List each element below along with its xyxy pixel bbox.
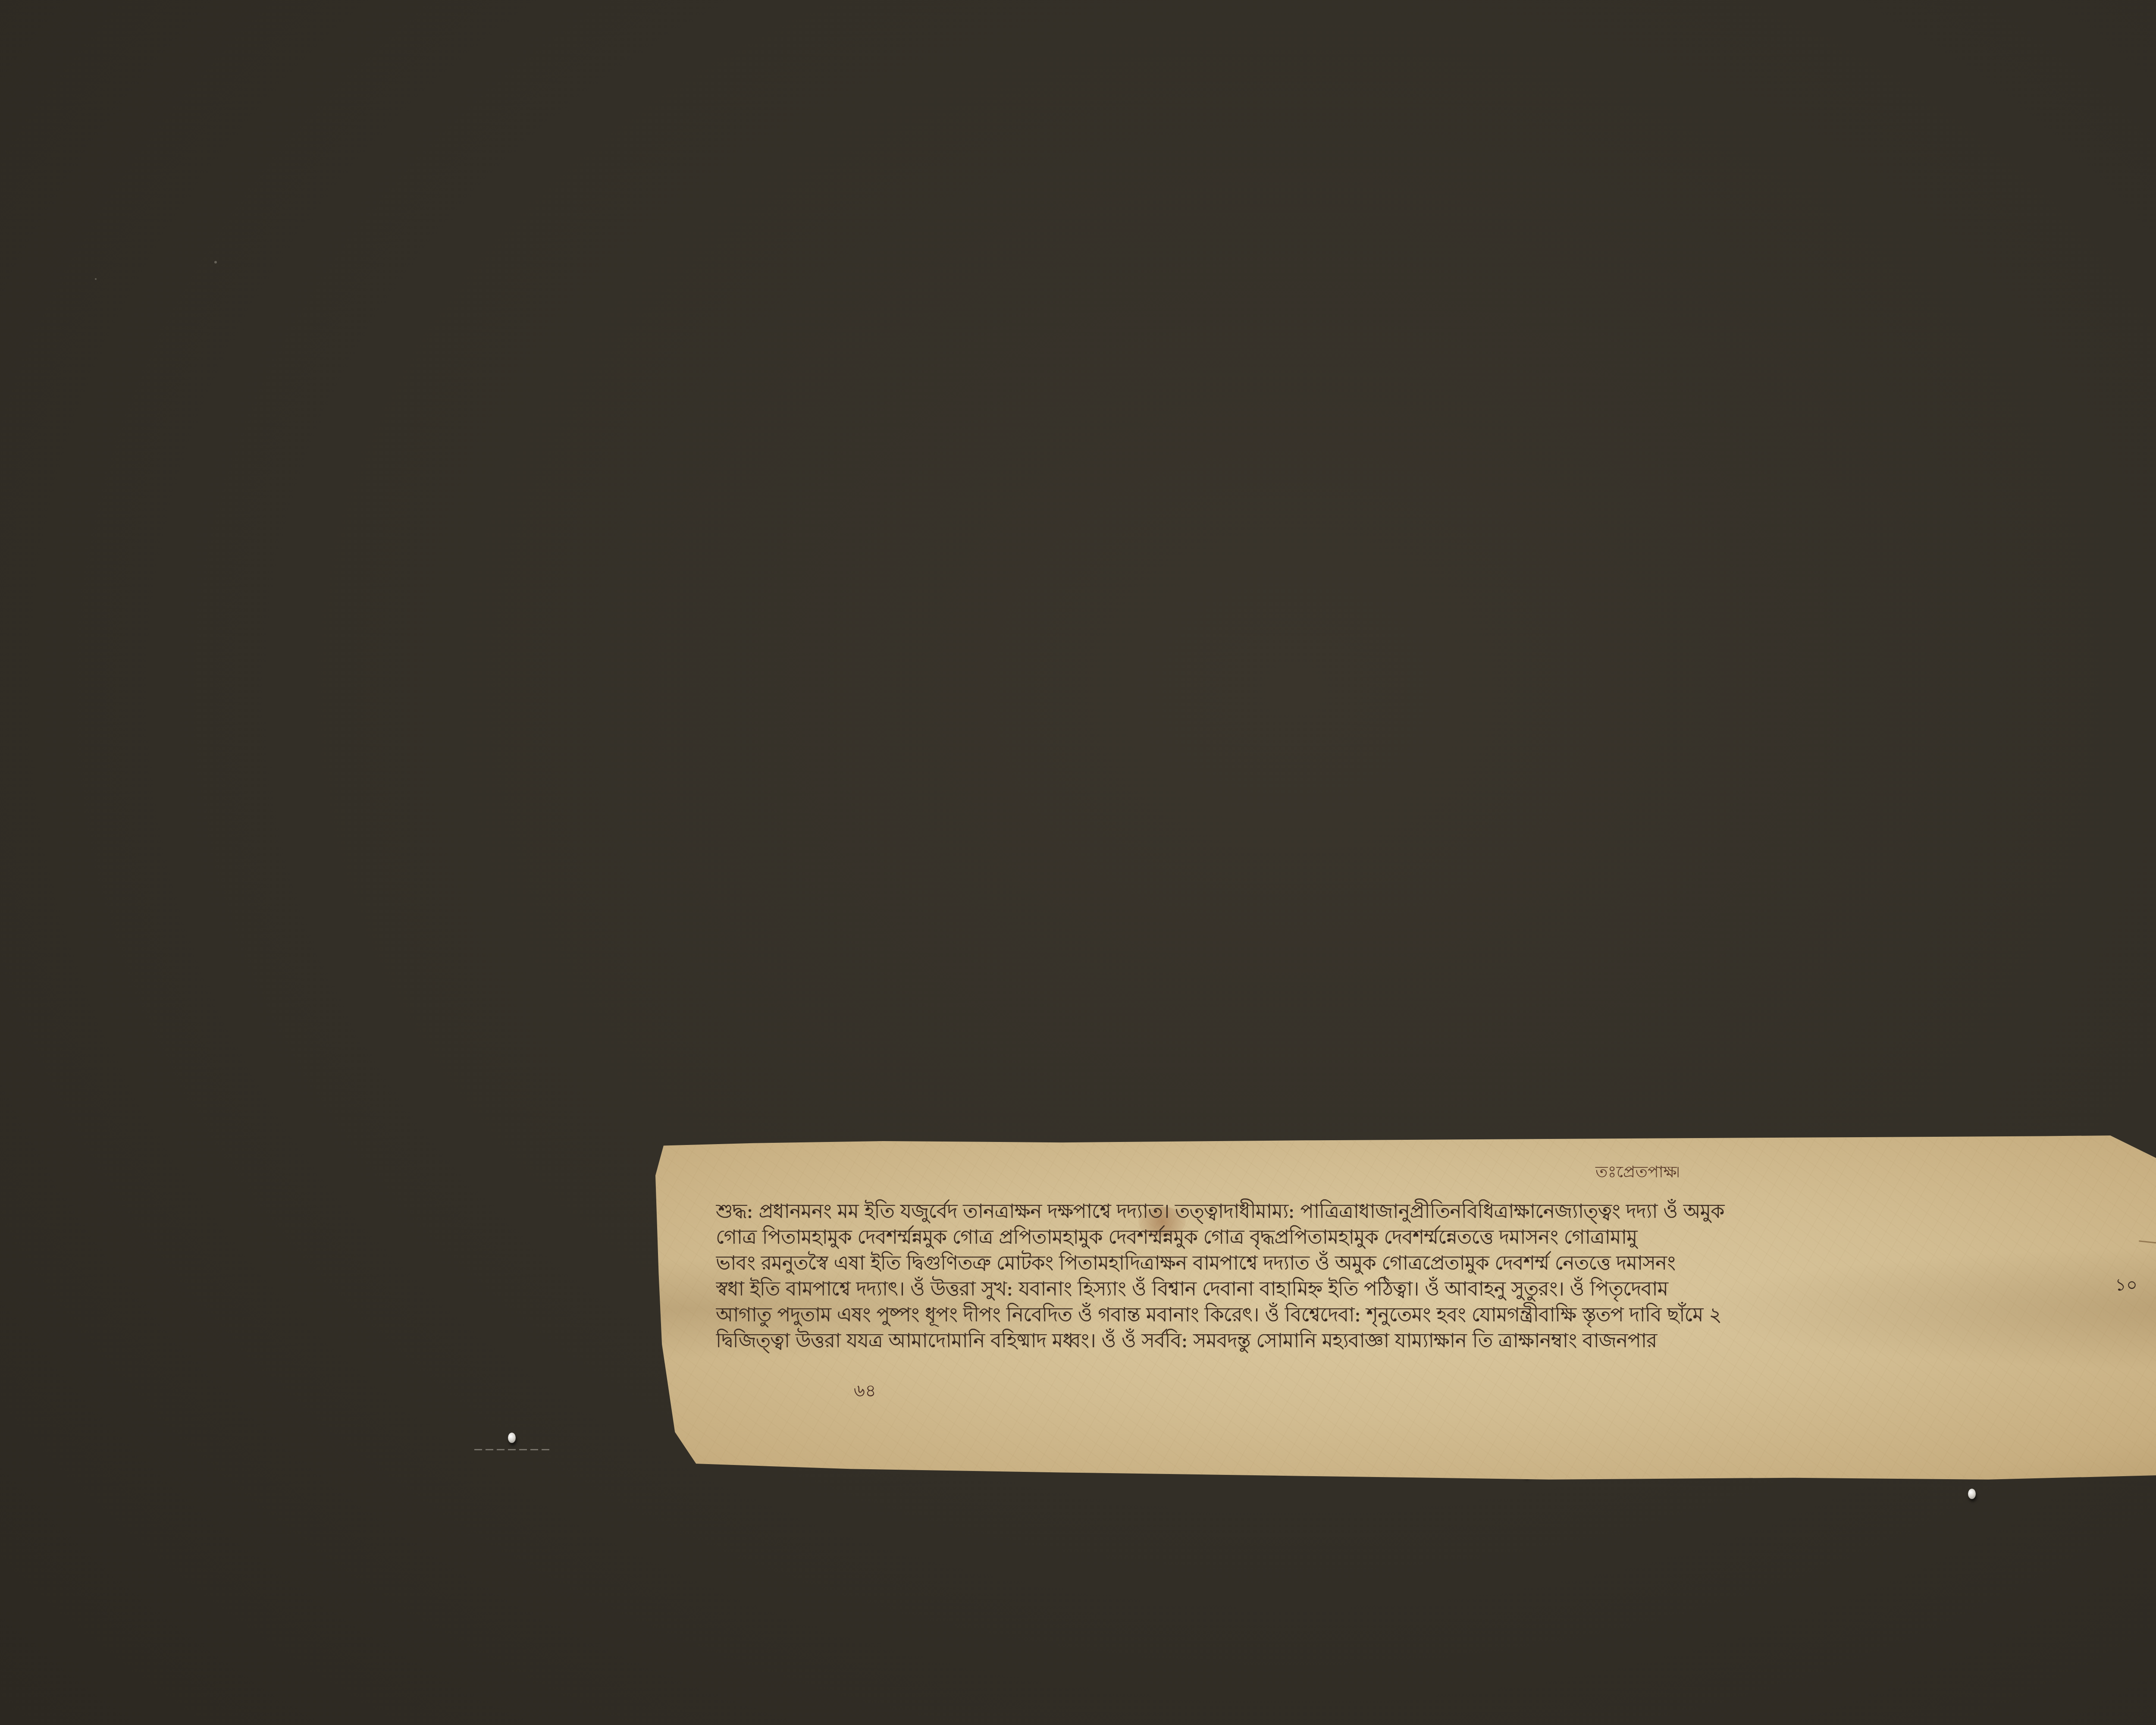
manuscript-line-5: আগাতু পদুতাম এষং পুষ্পং ধূপং দীপং নিবেদি…: [716, 1302, 2156, 1327]
header-annotation: তঃপ্রেতপাক্ষ৷: [1595, 1159, 1680, 1187]
fabric-speck: [214, 261, 217, 263]
mounting-pin: [508, 1433, 516, 1443]
manuscript-line-3: ভাবং রমনুতস্বৈ এষা ইতি দ্বিগুণিতত্রু মোট…: [716, 1250, 2156, 1276]
scratch-line: [474, 1449, 552, 1450]
manuscript-line-4: স্বধা ইতি বামপাশ্বে দদ্যাৎ। ওঁ উত্তরা সু…: [716, 1276, 2156, 1302]
folio-number: ১০: [2115, 1271, 2137, 1300]
manuscript-text: শুদ্ধ: প্রধানমনং মম ইতি যজুর্বেদ তানত্রা…: [716, 1198, 2156, 1353]
manuscript-line-1: শুদ্ধ: প্রধানমনং মম ইতি যজুর্বেদ তানত্রা…: [716, 1198, 2156, 1224]
page-mark: ৬৪: [854, 1377, 876, 1406]
manuscript-leaf: তঃপ্রেতপাক্ষ৷ শুদ্ধ: প্রধানমনং মম ইতি যজ…: [655, 1133, 2156, 1485]
manuscript-line-2: গোত্র পিতামহামুক দেবশর্ম্মন্নমুক গোত্র প…: [716, 1224, 2156, 1250]
manuscript-line-6: দ্বিজিত্ত্বা উত্তরা যযত্র আমাদোমানি বহিষ…: [716, 1327, 2156, 1353]
fabric-speck: [95, 278, 97, 280]
mounting-pin: [1968, 1489, 1976, 1499]
